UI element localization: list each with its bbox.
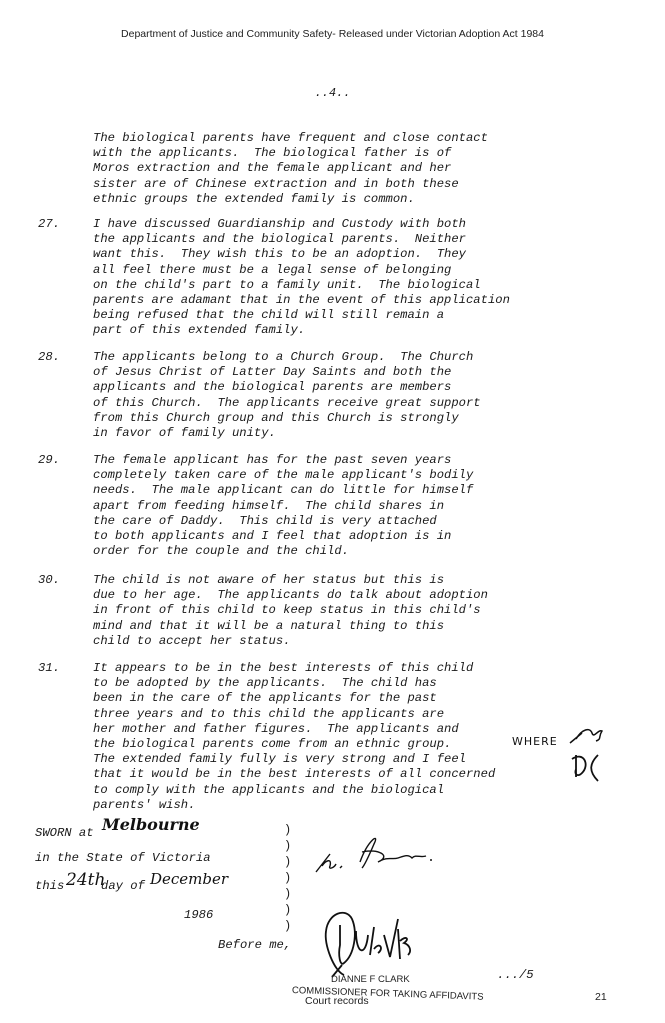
- commissioner-name-stamp: DIANNE F CLARK: [331, 974, 410, 985]
- paragraph-number: 30.: [38, 573, 60, 587]
- paragraph-number: 27.: [38, 217, 60, 231]
- sworn-at-label: SWORN at: [35, 826, 94, 840]
- state-line: in the State of Victoria: [35, 851, 211, 865]
- paragraph-body: The applicants belong to a Church Group.…: [93, 350, 481, 441]
- paragraph-number: 29.: [38, 453, 60, 467]
- year: 1986: [184, 908, 213, 922]
- release-header: Department of Justice and Community Safe…: [0, 28, 665, 40]
- paragraph-body: I have discussed Guardianship and Custod…: [93, 217, 510, 339]
- paragraph-body: The female applicant has for the past se…: [93, 453, 473, 559]
- sworn-at-place: Melbourne: [102, 815, 200, 834]
- initials-mark: [568, 725, 608, 785]
- page-number: 21: [595, 991, 607, 1003]
- handwritten-insert: WHERE: [512, 735, 558, 748]
- page-marker: ..4..: [0, 86, 665, 100]
- continued-marker: .../5: [497, 968, 534, 982]
- day-of-label: day of: [101, 879, 145, 893]
- source-label: Court records: [305, 995, 369, 1007]
- this-label: this: [35, 879, 64, 893]
- paragraph-number: 28.: [38, 350, 60, 364]
- paragraph-body: It appears to be in the best interests o…: [93, 661, 495, 813]
- jurat-brackets: ) ) ) ) ) ) ): [284, 822, 291, 934]
- paragraph-body: The child is not aware of her status but…: [93, 573, 488, 649]
- month-value: December: [150, 870, 228, 888]
- intro-paragraph: The biological parents have frequent and…: [93, 131, 488, 207]
- deponent-signature: [308, 830, 438, 880]
- commissioner-signature: [314, 905, 424, 980]
- paragraph-number: 31.: [38, 661, 60, 675]
- day-value: 24th: [66, 870, 105, 890]
- before-me-label: Before me,: [218, 938, 291, 952]
